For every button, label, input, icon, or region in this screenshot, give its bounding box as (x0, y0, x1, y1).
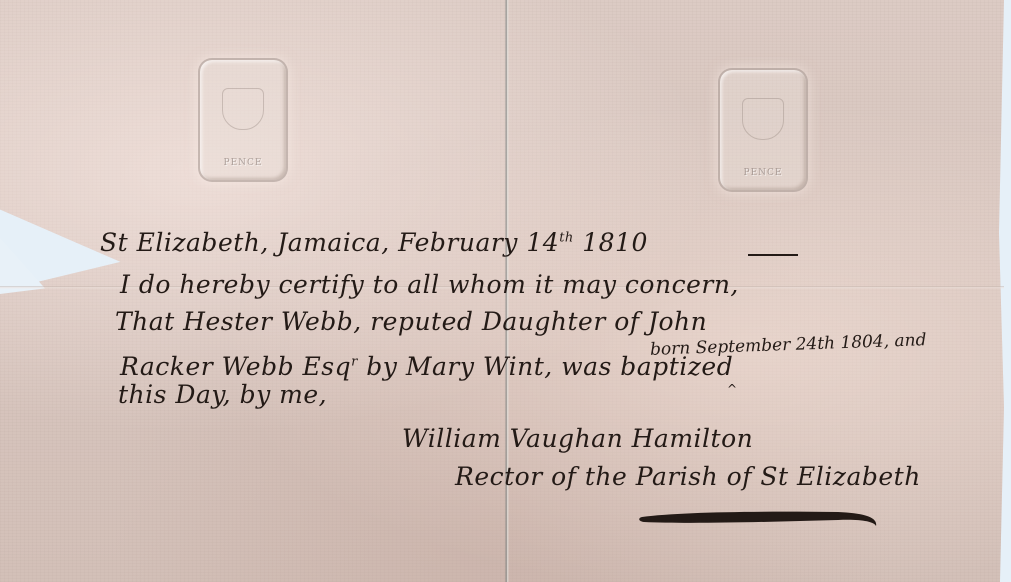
closing-line: this Day, by me, (118, 380, 327, 409)
embossed-stamp-right: PENCE (718, 68, 808, 192)
year: 1810 (574, 228, 648, 257)
esquire-suffix: r (351, 355, 358, 370)
date-dash (748, 254, 798, 256)
stamp-denomination: PENCE (200, 158, 286, 168)
crest-icon (742, 98, 784, 140)
signature-flourish-icon (638, 508, 883, 530)
document-scan: PENCE PENCE St Elizabeth, Jamaica, Febru… (0, 0, 1011, 582)
place-date: St Elizabeth, Jamaica, February 14 (100, 228, 559, 257)
stamp-denomination: PENCE (720, 168, 806, 178)
mother-baptized: by Mary Wint, was baptized (358, 352, 733, 381)
certify-line: I do hereby certify to all whom it may c… (120, 270, 739, 299)
parents-line: Racker Webb Esqr by Mary Wint, was bapti… (120, 352, 733, 381)
signature-title: Rector of the Parish of St Elizabeth (455, 462, 921, 491)
date-suffix: th (559, 231, 574, 246)
subject-line: That Hester Webb, reputed Daughter of Jo… (115, 307, 707, 336)
place-date-line: St Elizabeth, Jamaica, February 14th 181… (100, 228, 648, 257)
signature-name: William Vaughan Hamilton (402, 424, 753, 453)
father-name: Racker Webb Esq (120, 352, 351, 381)
embossed-stamp-left: PENCE (198, 58, 288, 182)
insertion-caret-icon: ^ (727, 382, 737, 396)
crest-icon (222, 88, 264, 130)
